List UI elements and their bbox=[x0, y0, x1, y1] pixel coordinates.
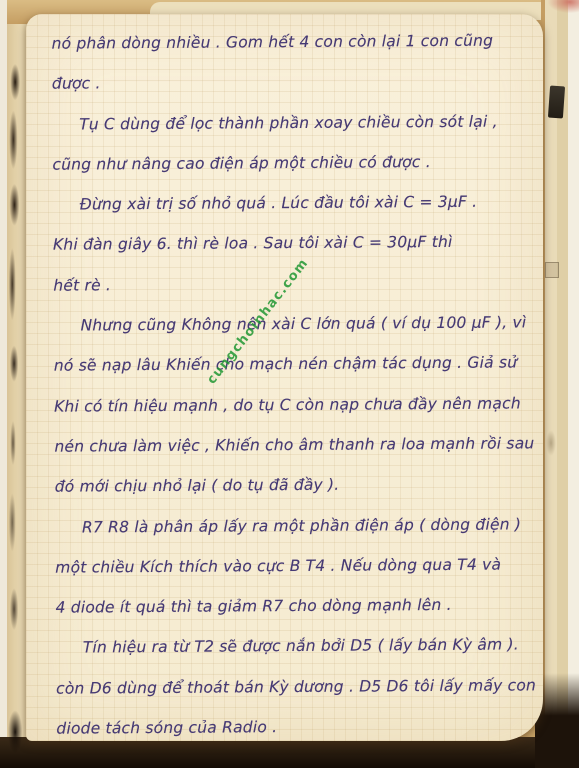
notebook-page: nó phân dòng nhiều . Gom hết 4 con còn l… bbox=[26, 14, 543, 741]
handwriting-line: đó mới chịu nhỏ lại ( do tụ đã đầy ). bbox=[55, 464, 532, 508]
corner-pink-smudge bbox=[548, 0, 579, 13]
page-edge-smudge bbox=[546, 430, 556, 456]
handwriting-line: Nhưng cũng Không nên xài C lớn quá ( ví … bbox=[53, 302, 530, 346]
handwriting-line: cũng như nâng cao điện áp một chiều có đ… bbox=[52, 141, 529, 185]
page-edge-pencil-mark bbox=[545, 262, 559, 278]
scanned-notebook-photo: { "document": { "kind": "handwritten-not… bbox=[0, 0, 579, 768]
page-edge-black-tab bbox=[548, 86, 565, 119]
handwriting-line: nó phân dòng nhiều . Gom hết 4 con còn l… bbox=[51, 20, 528, 64]
handwriting-line: Đừng xài trị số nhỏ quá . Lúc đầu tôi xà… bbox=[53, 182, 530, 226]
handwriting-line: R7 R8 là phân áp lấy ra một phần điện áp… bbox=[55, 504, 532, 548]
handwriting-line: 4 diode ít quá thì ta giảm R7 cho dòng m… bbox=[55, 584, 532, 628]
handwriting-line: nó sẽ nạp lâu Khiến cho mạch nén chậm tá… bbox=[54, 343, 531, 387]
handwriting-line: Tụ C dùng để lọc thành phần xoay chiều c… bbox=[52, 101, 529, 145]
handwriting-line: một chiều Kích thích vào cực B T4 . Nếu … bbox=[55, 544, 532, 588]
notebook-cover-bottom bbox=[0, 737, 579, 768]
handwriting-line: được . bbox=[52, 61, 529, 105]
binding-shadow-marks bbox=[4, 46, 22, 768]
handwriting-line: còn D6 dùng để thoát bán Kỳ dương . D5 D… bbox=[56, 665, 533, 709]
handwritten-text-block: nó phân dòng nhiều . Gom hết 4 con còn l… bbox=[51, 20, 533, 741]
handwriting-line: nén chưa làm việc , Khiến cho âm thanh r… bbox=[54, 423, 531, 467]
handwriting-line: diode tách sóng của Radio . bbox=[56, 705, 533, 741]
handwriting-line: Khi có tín hiệu mạnh , do tụ C còn nạp c… bbox=[54, 383, 531, 427]
handwriting-line: Tín hiệu ra từ T2 sẽ được nắn bởi D5 ( l… bbox=[56, 625, 533, 669]
handwriting-line: Khi đàn giây 6. thì rè loa . Sau tôi xài… bbox=[53, 222, 530, 266]
